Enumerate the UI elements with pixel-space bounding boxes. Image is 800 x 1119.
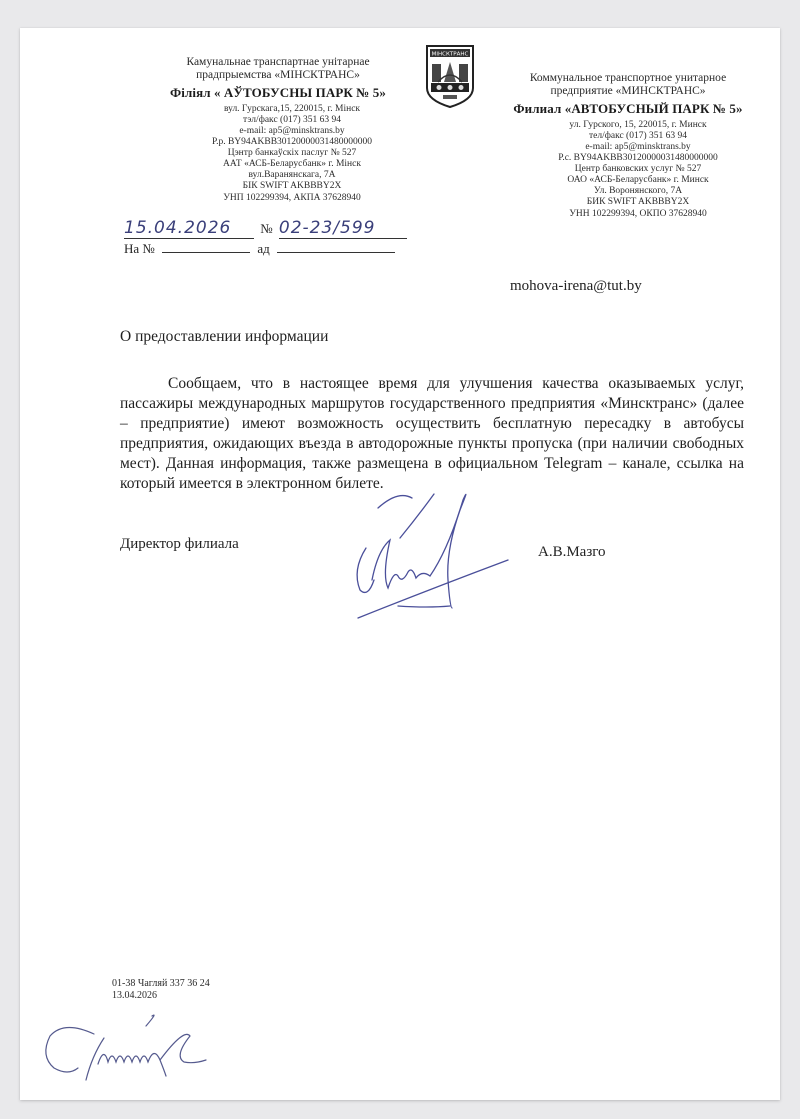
letterhead-right: Коммунальное транспортное унитарное пред… [498, 72, 758, 220]
reference-date-blank [277, 240, 395, 253]
letterhead-right-swift: БИК SWIFT AKBBBY2X [518, 197, 758, 208]
letterhead-right-tax-ids: УНН 102299394, ОКПО 37628940 [518, 209, 758, 220]
letterhead-left-email: e-mail: ap5@minsktrans.by [176, 126, 408, 137]
letter-body: Сообщаем, что в настоящее время для улуч… [120, 374, 744, 494]
registration-row: 15.04.2026 № 02-23/599 [124, 218, 407, 239]
reference-from-label: ад [257, 241, 269, 256]
letter-subject: О предоставлении информации [120, 328, 328, 346]
emblem: МІНСКТРАНС [424, 44, 476, 108]
letterhead-right-phone: тел/факс (017) 351 63 94 [518, 131, 758, 142]
letterhead-right-bank-address: Ул. Воронянского, 7А [518, 186, 758, 197]
letterhead-right-bank-center: Центр банковских услуг № 527 [518, 164, 758, 175]
letterhead-left-tax-ids: УНП 102299394, АКПА 37628940 [176, 193, 408, 204]
letterhead-left-phone: тэл/факс (017) 351 63 94 [176, 115, 408, 126]
letter-body-text: Сообщаем, что в настоящее время для улуч… [120, 375, 744, 492]
letterhead-right-bank: ОАО «АСБ-Беларусбанк» г. Минск [518, 175, 758, 186]
letterhead-left-branch: Філіял « АЎТОБУСНЫ ПАРК № 5» [148, 86, 408, 101]
letterhead-right-branch: Филиал «АВТОБУСНЫЙ ПАРК № 5» [498, 102, 758, 117]
document-page: Камунальнае транспартнае унітарнае прадп… [20, 28, 780, 1100]
reference-number-label: На № [124, 241, 155, 256]
letterhead-left-address: вул. Гурскага,15, 220015, г. Мінск [176, 104, 408, 115]
registration-date: 15.04.2026 [124, 218, 254, 239]
recipient-email: mohova-irena@tut.by [510, 278, 642, 295]
executor-date: 13.04.2026 [112, 990, 210, 1002]
signatory-role: Директор филиала [120, 536, 239, 553]
letterhead-right-address: ул. Гурского, 15, 220015, г. Минск [518, 120, 758, 131]
letterhead-left-org-line-1: Камунальнае транспартнае унітарнае [148, 56, 408, 69]
reference-number-blank [162, 240, 250, 253]
letterhead-left-account: Р.р. BY94AKBB30120000031480000000 [176, 137, 408, 148]
letterhead-right-account: Р.с. BY94AKBB30120000031480000000 [518, 153, 758, 164]
letterhead-right-email: e-mail: ap5@minsktrans.by [518, 142, 758, 153]
registration-number-label: № [260, 221, 272, 236]
handwritten-signature-icon [338, 480, 508, 620]
visa-signature [34, 1006, 214, 1086]
executor-info: 01-38 Чагляй 337 36 24 13.04.2026 [112, 978, 210, 1002]
letterhead-left-swift: БІК SWIFT AKBBBY2X [176, 181, 408, 192]
svg-text:МІНСКТРАНС: МІНСКТРАНС [432, 52, 469, 58]
letterhead-left-bank-center: Цэнтр банкаўскіх паслуг № 527 [176, 148, 408, 159]
letterhead-left: Камунальнае транспартнае унітарнае прадп… [148, 56, 408, 204]
executor-name-phone: 01-38 Чагляй 337 36 24 [112, 978, 210, 990]
letterhead-right-org-line-2: предприятие «МИНСКТРАНС» [498, 85, 758, 98]
signatory-name: А.В.Мазго [538, 544, 606, 561]
handwritten-visa-icon [34, 1006, 214, 1086]
city-coat-of-arms-icon: МІНСКТРАНС [424, 44, 476, 108]
registration-number: 02-23/599 [279, 218, 407, 239]
letterhead-left-bank-address: вул.Варанянскага, 7А [176, 170, 408, 181]
letterhead-left-org-line-2: прадпрыемства «МІНСКТРАНС» [148, 69, 408, 82]
director-signature [338, 480, 508, 620]
reference-row: На № ад [124, 240, 395, 257]
letterhead-left-bank: ААТ «АСБ-Беларусбанк» г. Мінск [176, 159, 408, 170]
letterhead-right-org-line-1: Коммунальное транспортное унитарное [498, 72, 758, 85]
